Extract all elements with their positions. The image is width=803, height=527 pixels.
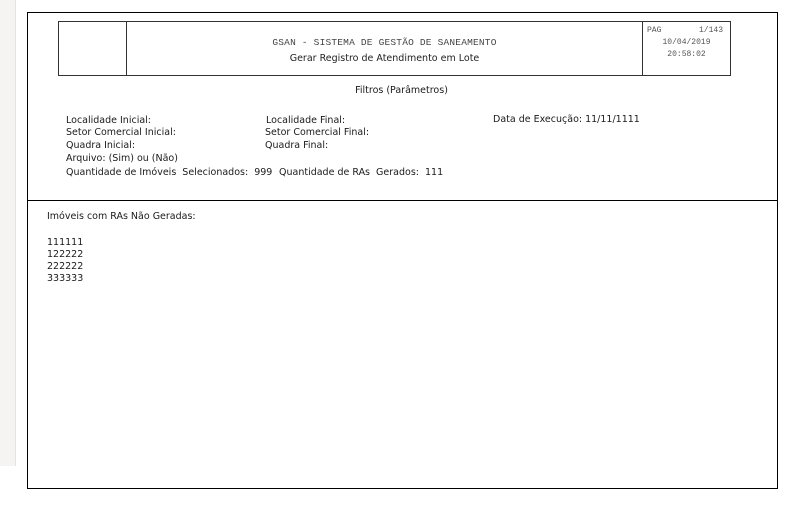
localidade-inicial-label: Localidade Inicial: — [66, 115, 151, 127]
filters-title: Filtros (Parâmetros) — [0, 85, 803, 96]
report-page-frame — [27, 12, 778, 489]
system-title: GSAN - SISTEMA DE GESTÃO DE SANEAMENTO — [127, 37, 642, 48]
list-item: 222222 — [47, 261, 83, 273]
section-title: Imóveis com RAs Não Geradas: — [47, 211, 196, 223]
section-divider — [27, 200, 778, 201]
report-date: 10/04/2019 — [643, 37, 730, 49]
side-strip — [0, 0, 16, 466]
quantidade-imoveis: Quantidade de Imóveis Selecionados: 999 — [66, 167, 272, 179]
list-item: 122222 — [47, 249, 83, 261]
setor-comercial-inicial-label: Setor Comercial Inicial: — [66, 127, 176, 139]
logo-cell — [59, 22, 127, 75]
report-header: GSAN - SISTEMA DE GESTÃO DE SANEAMENTO G… — [58, 21, 731, 76]
page-number: 1/143 — [699, 25, 723, 37]
page-info-cell: PAG 1/143 10/04/2019 20:58:02 — [643, 22, 730, 75]
page-indicator: PAG 1/143 — [647, 25, 723, 37]
localidade-final-label: Localidade Final: — [266, 115, 345, 127]
page-label: PAG — [647, 25, 661, 37]
setor-comercial-final-label: Setor Comercial Final: — [265, 127, 369, 139]
quantidade-ras: Quantidade de RAs Gerados: 111 — [279, 167, 443, 179]
list-item: 111111 — [47, 237, 83, 249]
report-time: 20:58:02 — [643, 49, 730, 61]
list-item: 333333 — [47, 273, 83, 285]
title-cell: GSAN - SISTEMA DE GESTÃO DE SANEAMENTO G… — [127, 22, 643, 75]
imoveis-list: 111111 122222 222222 333333 — [47, 237, 83, 285]
quadra-final-label: Quadra Final: — [265, 140, 328, 152]
quadra-inicial-label: Quadra Inicial: — [66, 140, 135, 152]
arquivo-label: Arquivo: (Sim) ou (Não) — [66, 153, 178, 165]
report-title: Gerar Registro de Atendimento em Lote — [127, 53, 642, 64]
data-execucao: Data de Execução: 11/11/1111 — [493, 114, 640, 126]
